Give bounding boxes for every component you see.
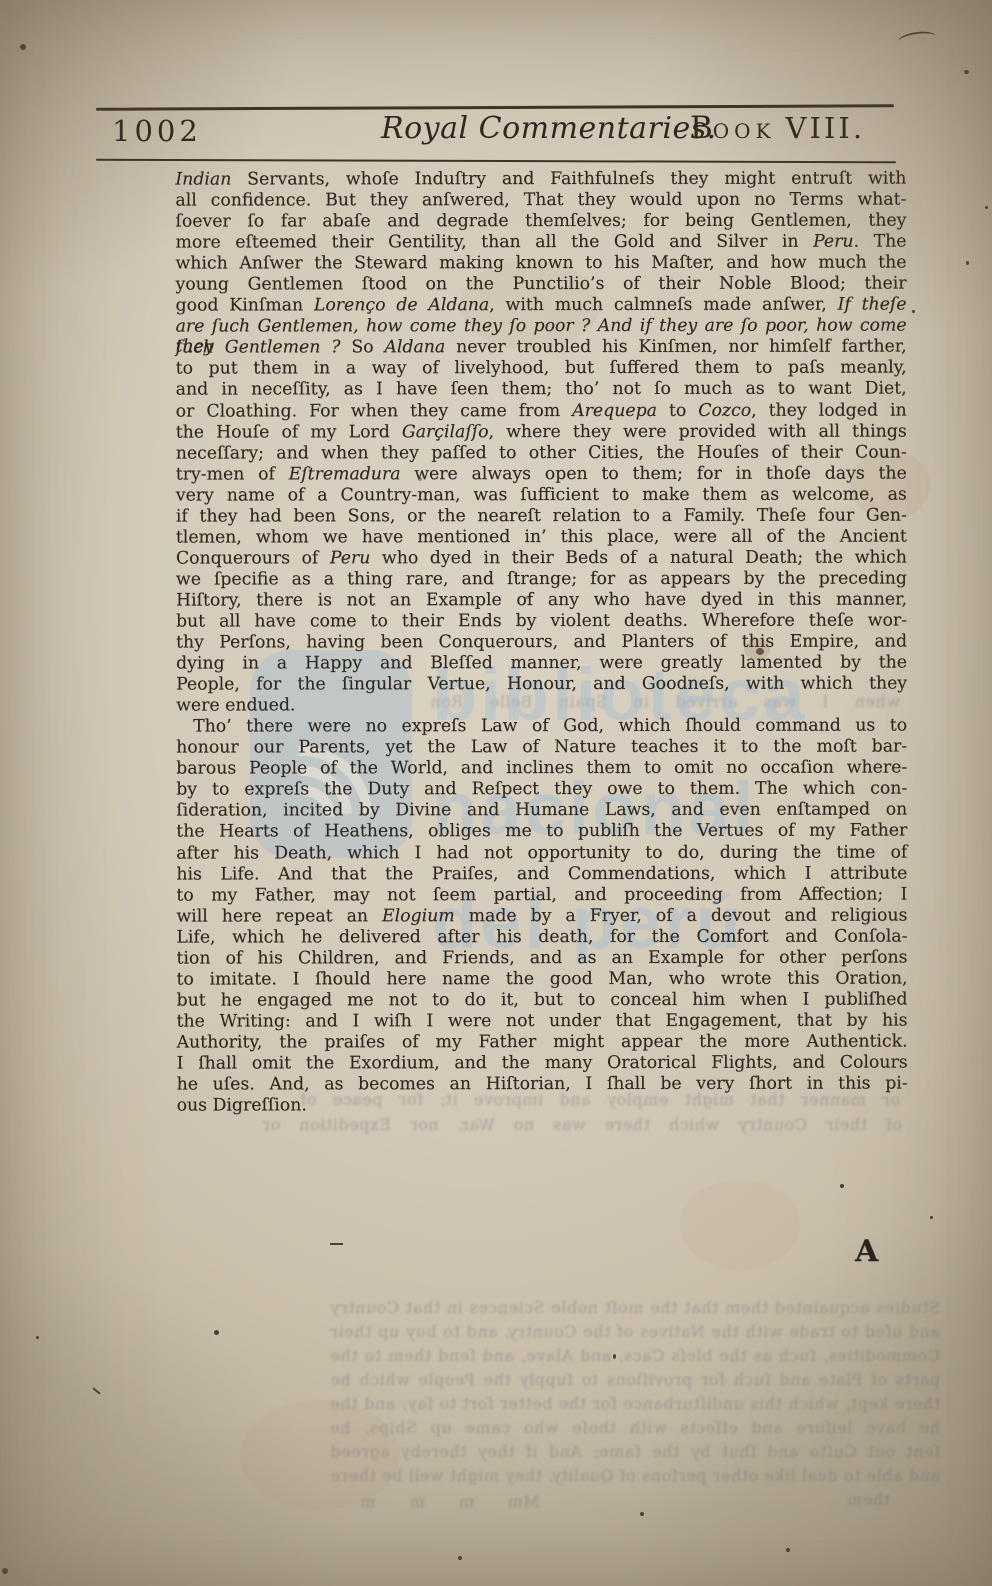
text-line: the Hearts of Heathens, obliges me to pu… (176, 821, 907, 843)
text-line: his Life. And that the Praiſes, and Comm… (176, 863, 907, 885)
speck (964, 70, 969, 74)
text-line: dying in a Happy and Bleſſed manner, wer… (176, 653, 907, 675)
speck (912, 310, 915, 313)
text-line: he uſes. And, as becomes an Hiſtorian, I… (177, 1074, 908, 1096)
book-label-initial: B (690, 110, 713, 146)
text-line: young Gentlemen ſtood on the Punctilio’s… (175, 274, 906, 296)
text-line: which Anſwer the Steward making known to… (175, 253, 906, 275)
text-line: honour our Parents, yet the Law of Natur… (176, 737, 907, 759)
show-through-text: parts of Plate and ſuch for proviſions t… (330, 1370, 940, 1391)
text-line: Tho’ there were no expreſs Law of God, w… (176, 716, 907, 738)
text-line: Hiſtory, there is not an Example of any … (176, 589, 907, 611)
speck (786, 1548, 790, 1552)
text-line: but all have come to their Ends by viole… (176, 610, 907, 632)
pencil-dash (330, 1243, 343, 1245)
text-line: I ſhall omit the Exordium, and the many … (177, 1052, 908, 1074)
text-line: the Writing: and I wiſh I were not under… (177, 1010, 908, 1032)
show-through-text: and uſed to trade with the Natives of th… (330, 1322, 940, 1343)
text-line: ſoever ſo far abaſe and degrade themſelv… (175, 211, 906, 233)
speck (930, 1216, 933, 1219)
text-line: by to expreſs the Duty and Reſpect they … (176, 779, 907, 801)
header-rule-bottom (96, 159, 896, 164)
show-through-text: he have leiſure and effects with thoſe w… (330, 1418, 940, 1439)
stain (680, 1180, 800, 1270)
speck (36, 1336, 39, 1339)
show-through-text: Commodities, ſuch as the bleſs Cacs, and… (330, 1346, 940, 1367)
text-line: more eſteemed their Gentility, than all … (175, 232, 906, 254)
show-through-text: and able to deal like other perſons of Q… (330, 1466, 940, 1487)
catchword: A (855, 1234, 878, 1269)
ink-squiggle (897, 29, 937, 48)
text-line: are ſuch Gentlemen, how come they ſo poo… (176, 316, 907, 338)
body-text: Indian Servants, whoſe Induſtry and Fait… (175, 168, 907, 1116)
stain (240, 1400, 400, 1510)
text-line: but he engaged me not to do it, but to c… (176, 989, 907, 1011)
show-through-text: them (800, 1490, 890, 1511)
speck (20, 44, 26, 50)
text-line: tlemen, whom we have mentioned in’ this … (176, 526, 907, 548)
speck (640, 1512, 644, 1516)
text-line: ous Digreſſion. (177, 1095, 908, 1117)
text-line: tion of his Children, and Friends, and a… (176, 947, 907, 969)
book-label-rest: OOK (713, 119, 776, 143)
speck (613, 1354, 616, 1359)
text-line: the Houſe of my Lord Garçilaſſo, where t… (176, 421, 907, 443)
speck (840, 1184, 844, 1188)
text-line: ſuch Gentlemen ? So Aldana never trouble… (176, 337, 907, 359)
text-line: Conquerours of Peru who dyed in their Be… (176, 547, 907, 569)
show-through-text: there kept, which this undiſturbance for… (330, 1394, 940, 1415)
text-line: all confidence. But they anſwered, That … (175, 190, 906, 212)
text-line: to imitate. I ſhould here name the good … (176, 968, 907, 990)
book-label: BOOKVIII. (690, 110, 865, 146)
text-line: People, for the ſingular Vertue, Honour,… (176, 674, 907, 696)
speck (966, 261, 969, 265)
text-line: Life, which he delivered after his death… (176, 926, 907, 948)
text-line: thy Perſons, having been Conquerours, an… (176, 632, 907, 654)
text-line: we ſpecifie as a thing rare, and ſtrange… (176, 568, 907, 590)
text-line: Indian Servants, whoſe Induſtry and Fait… (175, 168, 906, 190)
show-through-text: ſent out Cuſto and ſhut by the ſame; And… (330, 1442, 940, 1463)
page-number: 1002 (112, 114, 202, 148)
text-line: ſideration, incited by Divine and Humane… (176, 800, 907, 822)
speck (985, 206, 988, 209)
scratch (92, 1387, 100, 1394)
show-through-text: of their Country which there was no War,… (262, 1115, 902, 1136)
text-line: neceſſary; and when they paſſed to other… (176, 442, 907, 464)
book-label-numeral: VIII. (786, 111, 866, 145)
text-line: if they had been Sons, or the neareſt re… (176, 505, 907, 527)
text-line: to my Father, may not ſeem partial, and … (176, 884, 907, 906)
speck (458, 1556, 462, 1560)
text-line: were endued. (176, 695, 907, 717)
text-line: and in neceſſity, as I have ſeen them; t… (176, 379, 907, 401)
text-line: will here repeat an Elogium made by a Fr… (176, 905, 907, 927)
text-line: or Cloathing. For when they came from Ar… (176, 400, 907, 422)
running-title: Royal Commentaries. (381, 111, 717, 146)
book-page-scan: biblioteca nacional del perú when I was … (0, 0, 992, 1586)
text-line: to put them in a way of livelyhood, but … (176, 358, 907, 380)
speck (2, 1568, 8, 1574)
show-through-text: Mm m m m (360, 1492, 540, 1513)
text-line: good Kinſman Lorenço de Aldana, with muc… (176, 295, 907, 317)
text-line: Authority, the praiſes of my Father migh… (177, 1031, 908, 1053)
speck (214, 1330, 219, 1335)
show-through-text: Studies acquainted them that the moſt no… (330, 1298, 940, 1319)
text-line: after his Death, which I had not opportu… (176, 842, 907, 864)
text-line: very name of a Country-man, was ſufficie… (176, 484, 907, 506)
text-line: barous People of the World, and inclines… (176, 758, 907, 780)
text-line: try-men of Eſtremadura were always open … (176, 463, 907, 485)
